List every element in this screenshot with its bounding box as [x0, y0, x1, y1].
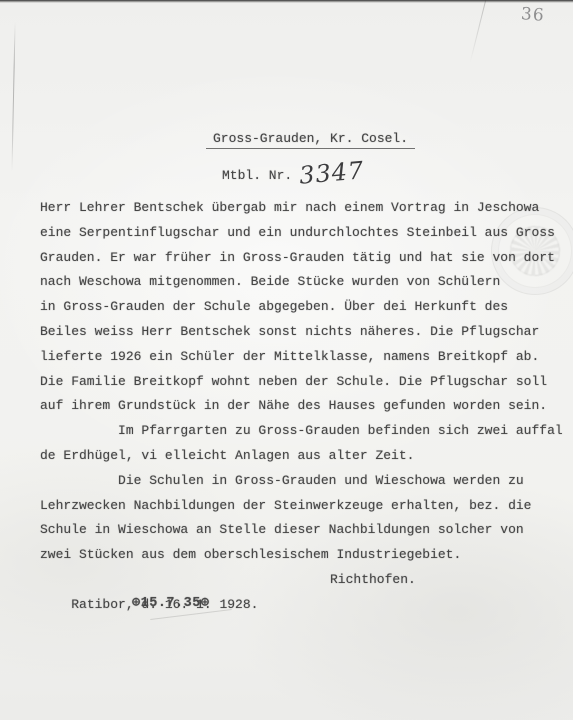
page-number-pencil: 36	[520, 4, 545, 26]
mtbl-row: Mtbl. Nr.3347	[222, 157, 364, 185]
paper-corner-crease	[470, 0, 488, 63]
body-line: Herr Lehrer Bentschek übergab mir nach e…	[40, 196, 570, 221]
document-title: Gross-Grauden, Kr. Cosel.	[206, 131, 415, 149]
body-line: Die Familie Breitkopf wohnt neben der Sc…	[40, 370, 570, 395]
body-line: zwei Stücken aus dem oberschlesischem In…	[40, 543, 570, 568]
signature-row: Ratibor, d. 16. 1. 1928. Richthofen.	[40, 568, 540, 667]
mtbl-number-handwritten: 3347	[298, 156, 365, 190]
body-line: Schule in Wieschowa an Stelle dieser Nac…	[40, 518, 570, 543]
body-line: Grauden. Er war früher in Gross-Grauden …	[40, 246, 570, 271]
body-line: Die Schulen in Gross-Grauden und Wiescho…	[40, 469, 570, 494]
body-line: Im Pfarrgarten zu Gross-Grauden befinden…	[40, 419, 570, 444]
mtbl-label: Mtbl. Nr.	[222, 168, 292, 183]
scanned-document-page: 36 Gross-Grauden, Kr. Cosel. Mtbl. Nr.33…	[0, 0, 573, 720]
body-line: in Gross-Grauden der Schule abgegeben. Ü…	[40, 295, 570, 320]
body-line: nach Weschowa mitgenommen. Beide Stücke …	[40, 270, 570, 295]
signature-name: Richthofen.	[330, 568, 416, 593]
scan-top-edge	[0, 0, 573, 3]
paper-left-crease	[11, 22, 15, 172]
body-line: auf ihrem Grundstück in der Nähe des Hau…	[40, 394, 570, 419]
body-line: Beiles weiss Herr Bentschek sonst nichts…	[40, 320, 570, 345]
date-stamp: ⊕15.7.35⊕	[132, 594, 209, 614]
body-line: eine Serpentinflugschar und ein undurchl…	[40, 221, 570, 246]
body-line: lieferte 1926 ein Schüler der Mittelklas…	[40, 345, 570, 370]
letter-body: Herr Lehrer Bentschek übergab mir nach e…	[40, 196, 570, 568]
body-line: Lehrzwecken Nachbildungen der Steinwerkz…	[40, 494, 570, 519]
body-line: de Erdhügel, vi elleicht Anlagen aus alt…	[40, 444, 570, 469]
